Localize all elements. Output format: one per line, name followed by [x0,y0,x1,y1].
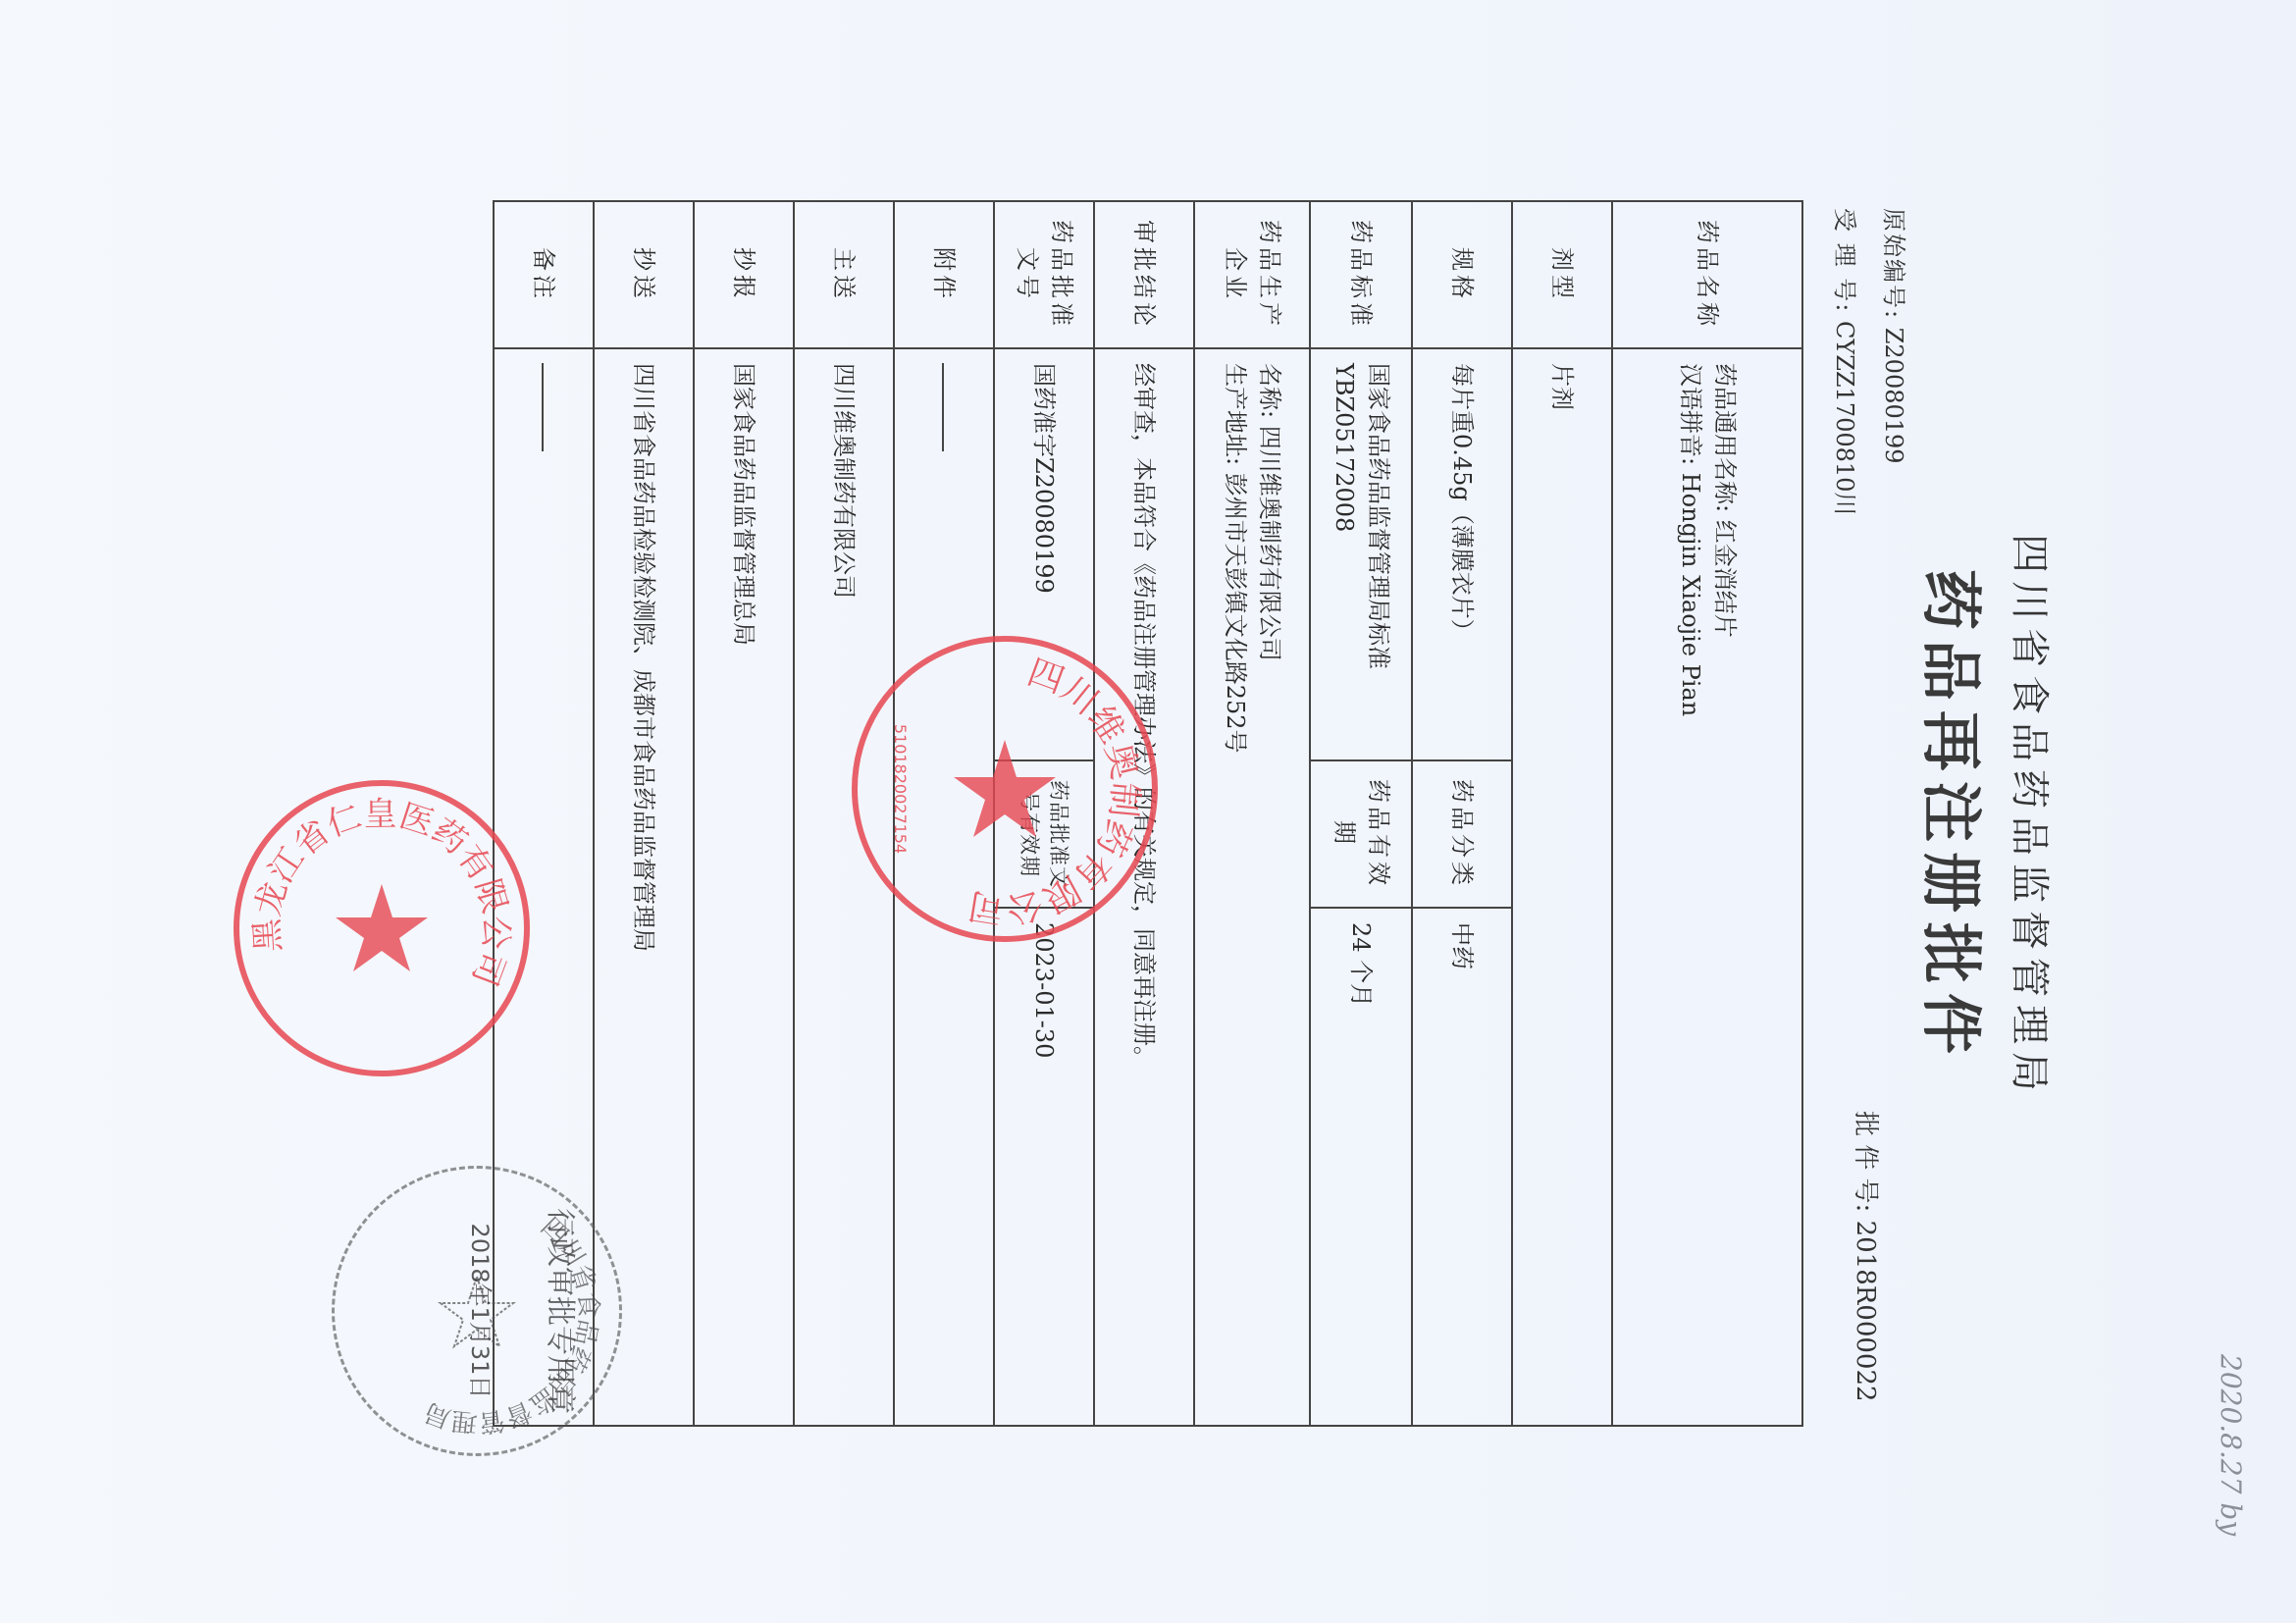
table-row-spec: 规格 每片重0.45g（薄膜衣片） 药品分类 中药 [1412,201,1512,1426]
manufacturer-value: 名称: 四川维奥制药有限公司 生产地址: 彭州市天彭镇文化路252号 [1194,348,1310,1426]
category-label: 药品分类 [1412,760,1512,908]
date-seal-date: 2018年1月31日 [466,1224,494,1399]
generic-name-label: 药品通用名称: [1711,363,1739,512]
approval-date-seal: 四川省食品药品监督管理局 2018年1月31日 行政审批专用章 [332,1166,622,1456]
report-to-label: 抄报 [694,201,794,348]
distributor-seal-ring: 黑龙江省仁皇医药有限公司 [239,786,524,1071]
manufacturer-address-label: 生产地址: [1222,363,1249,465]
empty-dash [542,363,544,451]
approval-number-value: 2018R000022 [1851,1221,1880,1402]
manufacturer-name: 四川维奥制药有限公司 [1256,426,1283,661]
standard-label: 药品标准 [1310,201,1412,348]
spec-label: 规格 [1412,201,1512,348]
pinyin-value: Hongjin Xiaojie Pian [1677,473,1704,716]
pinyin-label: 汉语拼音: [1677,363,1704,465]
table-row-standard: 药品标准 国家食品药品监督管理局标准 YBZ05172008 药品有效期 24 … [1310,201,1412,1426]
manufacturer-name-label: 名称: [1256,363,1283,418]
company-seal-code: 5101820027154 [891,724,910,854]
star-icon [954,740,1056,837]
scanned-page: 四川省食品药品监督管理局 药品再注册批件 原始编号: Z20080199 受 理… [0,0,2296,1623]
distributor-seal: 黑龙江省仁皇医药有限公司 [234,780,530,1076]
table-row-report-to: 抄报 国家食品药品监督管理总局 [694,201,794,1426]
svg-text:四川省食品药品监督管理局: 四川省食品药品监督管理局 [416,1204,619,1453]
dosage-form-value: 片剂 [1512,348,1612,1426]
manufacturer-address: 彭州市天彭镇文化路252号 [1222,473,1249,754]
table-row-manufacturer: 药品生产企业 名称: 四川维奥制药有限公司 生产地址: 彭州市天彭镇文化路252… [1194,201,1310,1426]
category-value: 中药 [1412,908,1512,1426]
approval-number: 批 件 号: 2018R000022 [1850,1111,1886,1402]
report-to-value: 国家食品药品监督管理总局 [694,348,794,1426]
date-seal-bottom-text: 行政审批专用章 [543,1208,577,1414]
company-seal-ring: 四川维奥制药有限公司 5101820027154 [858,642,1152,936]
generic-name-value: 红金消结片 [1711,520,1739,638]
approval-validity-value: 2023-01-30 [994,908,1094,1426]
handwritten-note: 2020.8.27 by [2215,1354,2247,1536]
spec-value: 每片重0.45g（薄膜衣片） [1412,348,1512,760]
approval-number-label: 批 件 号: [1851,1111,1880,1212]
date-seal-top-text: 四川省食品药品监督管理局 [416,1204,619,1453]
approval-date-seal-ring: 四川省食品药品监督管理局 2018年1月31日 行政审批专用章 [335,1169,619,1453]
standard-value: 国家食品药品监督管理局标准 YBZ05172008 [1310,348,1412,760]
cc-label: 抄送 [594,201,694,348]
original-number: 原始编号: Z20080199 [1879,208,1913,464]
standard-name: 国家食品药品监督管理局标准 [1361,363,1395,746]
company-seal: 四川维奥制药有限公司 5101820027154 [852,636,1158,942]
approval-doc-label: 药品批准文号 [994,201,1094,348]
dosage-form-label: 剂型 [1512,201,1612,348]
star-icon [336,884,428,971]
drug-name-label: 药品名称 [1612,201,1802,348]
conclusion-label: 审批结论 [1094,201,1194,348]
shelf-life-value: 24 个月 [1310,908,1412,1426]
empty-dash [942,363,944,451]
original-number-value: Z20080199 [1880,328,1907,464]
table-row-dosage-form: 剂型 片剂 [1512,201,1612,1426]
original-number-label: 原始编号: [1880,208,1907,320]
document-title: 药品再注册批件 [1912,110,2000,1523]
drug-name-cell: 药品通用名称: 红金消结片 汉语拼音: Hongjin Xiaojie Pian [1612,348,1802,1426]
acceptance-number-value: CYZZ1700810川 [1831,321,1858,515]
issuing-agency: 四川省食品药品监督管理局 [2005,110,2061,1523]
table-row-drug-name: 药品名称 药品通用名称: 红金消结片 汉语拼音: Hongjin Xiaojie… [1612,201,1802,1426]
attachment-label: 附件 [894,201,994,348]
manufacturer-label: 药品生产企业 [1194,201,1310,348]
remarks-label: 备注 [494,201,594,348]
main-recipient-label: 主送 [794,201,894,348]
acceptance-number-label: 受 理 号: [1831,208,1858,313]
acceptance-number: 受 理 号: CYZZ1700810川 [1830,208,1864,515]
standard-code: YBZ05172008 [1327,363,1361,746]
shelf-life-label: 药品有效期 [1310,760,1412,908]
